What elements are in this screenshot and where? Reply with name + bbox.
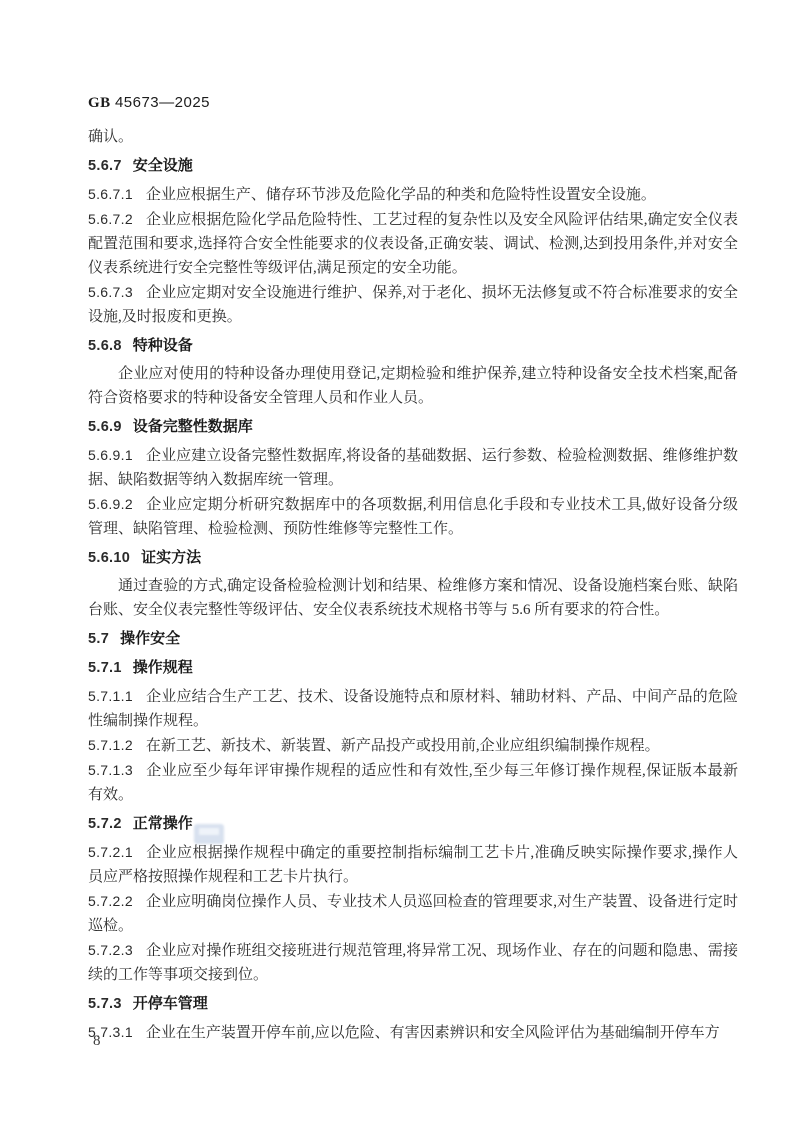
body-paragraph-5-6-10: 通过查验的方式,确定设备检验检测计划和结果、检维修方案和情况、设备设施档案台账、… bbox=[88, 574, 738, 622]
section-heading-5-6-8: 5.6.8特种设备 bbox=[88, 334, 738, 358]
clause-paragraph-5-7-3-1: 5.7.3.1企业在生产装置开停车前,应以危险、有害因素辨识和安全风险评估为基础… bbox=[88, 1020, 738, 1045]
clause-number: 5.7.2.1 bbox=[88, 844, 133, 860]
clause-text: 企业应定期分析研究数据库中的各项数据,利用信息化手段和专业技术工具,做好设备分级… bbox=[88, 497, 738, 537]
clause-text: 在新工艺、新技术、新装置、新产品投产或投用前,企业应组织编制操作规程。 bbox=[146, 738, 660, 754]
clause-text: 企业应根据危险化学品危险特性、工艺过程的复杂性以及安全风险评估结果,确定安全仪表… bbox=[88, 212, 738, 276]
clause-paragraph-5-7-2-3: 5.7.2.3企业应对操作班组交接班进行规范管理,将异常工况、现场作业、存在的问… bbox=[88, 938, 738, 987]
heading-title: 操作规程 bbox=[133, 659, 193, 676]
clause-paragraph-5-7-2-2: 5.7.2.2企业应明确岗位操作人员、专业技术人员巡回检查的管理要求,对生产装置… bbox=[88, 889, 738, 938]
heading-title: 安全设施 bbox=[133, 157, 193, 174]
clause-number: 5.7.1.1 bbox=[88, 688, 133, 704]
section-heading-5-7-2: 5.7.2正常操作 bbox=[88, 812, 738, 836]
clause-number: 5.7.1.3 bbox=[88, 762, 133, 778]
clause-number: 5.6.7.3 bbox=[88, 284, 133, 300]
clause-number: 5.6.7.2 bbox=[88, 211, 133, 227]
clause-text: 企业应对操作班组交接班进行规范管理,将异常工况、现场作业、存在的问题和隐患、需接… bbox=[88, 943, 738, 983]
clause-paragraph-5-6-9-2: 5.6.9.2企业应定期分析研究数据库中的各项数据,利用信息化手段和专业技术工具… bbox=[88, 492, 738, 541]
standard-code-header: GB 45673—2025 bbox=[88, 93, 738, 113]
paragraph-continuation: 确认。 bbox=[88, 125, 738, 149]
section-heading-5-7-1: 5.7.1操作规程 bbox=[88, 656, 738, 680]
heading-title: 证实方法 bbox=[141, 549, 201, 566]
body-paragraph-5-6-8: 企业应对使用的特种设备办理使用登记,定期检验和维护保养,建立特种设备安全技术档案… bbox=[88, 362, 738, 410]
clause-text: 企业应至少每年评审操作规程的适应性和有效性,至少每三年修订操作规程,保证版本最新… bbox=[88, 763, 738, 803]
section-heading-5-6-7: 5.6.7安全设施 bbox=[88, 154, 738, 178]
heading-title: 操作安全 bbox=[120, 630, 180, 647]
clause-text: 企业在生产装置开停车前,应以危险、有害因素辨识和安全风险评估为基础编制开停车方 bbox=[146, 1025, 720, 1041]
clause-text: 企业应根据生产、储存环节涉及危险化学品的种类和危险特性设置安全设施。 bbox=[146, 187, 656, 203]
standard-code-prefix: GB bbox=[88, 95, 111, 111]
section-heading-5-6-10: 5.6.10证实方法 bbox=[88, 546, 738, 570]
clause-number: 5.6.9.2 bbox=[88, 496, 133, 512]
document-page: GB 45673—2025 确认。 5.6.7安全设施 5.6.7.1企业应根据… bbox=[0, 0, 794, 1123]
clause-number: 5.6.9.1 bbox=[88, 447, 133, 463]
heading-number: 5.7.3 bbox=[88, 996, 122, 1012]
clause-number: 5.7.2.2 bbox=[88, 893, 133, 909]
heading-number: 5.7.1 bbox=[88, 660, 122, 676]
heading-title: 设备完整性数据库 bbox=[133, 418, 253, 435]
standard-code-number: 45673—2025 bbox=[115, 94, 210, 111]
section-heading-5-6-9: 5.6.9设备完整性数据库 bbox=[88, 415, 738, 439]
clause-paragraph-5-7-1-3: 5.7.1.3企业应至少每年评审操作规程的适应性和有效性,至少每三年修订操作规程… bbox=[88, 758, 738, 807]
clause-number: 5.6.7.1 bbox=[88, 186, 133, 202]
clause-paragraph-5-6-7-2: 5.6.7.2企业应根据危险化学品危险特性、工艺过程的复杂性以及安全风险评估结果… bbox=[88, 207, 738, 280]
clause-paragraph-5-6-7-3: 5.6.7.3企业应定期对安全设施进行维护、保养,对于老化、损坏无法修复或不符合… bbox=[88, 280, 738, 329]
clause-number: 5.7.2.3 bbox=[88, 942, 133, 958]
clause-paragraph-5-7-2-1: 5.7.2.1企业应根据操作规程中确定的重要控制指标编制工艺卡片,准确反映实际操… bbox=[88, 840, 738, 889]
heading-number: 5.6.7 bbox=[88, 158, 122, 174]
heading-number: 5.7.2 bbox=[88, 816, 122, 832]
heading-title: 特种设备 bbox=[133, 337, 193, 354]
clause-paragraph-5-7-1-2: 5.7.1.2在新工艺、新技术、新装置、新产品投产或投用前,企业应组织编制操作规… bbox=[88, 733, 738, 758]
scan-watermark-smudge bbox=[194, 824, 224, 844]
clause-text: 企业应建立设备完整性数据库,将设备的基础数据、运行参数、检验检测数据、维修维护数… bbox=[88, 448, 738, 488]
heading-number: 5.6.8 bbox=[88, 338, 122, 354]
clause-number: 5.7.1.2 bbox=[88, 737, 133, 753]
heading-title: 正常操作 bbox=[133, 815, 193, 832]
clause-paragraph-5-7-1-1: 5.7.1.1企业应结合生产工艺、技术、设备设施特点和原材料、辅助材料、产品、中… bbox=[88, 684, 738, 733]
document-body: 确认。 5.6.7安全设施 5.6.7.1企业应根据生产、储存环节涉及危险化学品… bbox=[88, 125, 738, 1045]
heading-number: 5.6.10 bbox=[88, 550, 130, 566]
clause-text: 企业应明确岗位操作人员、专业技术人员巡回检查的管理要求,对生产装置、设备进行定时… bbox=[88, 894, 738, 934]
section-heading-5-7: 5.7操作安全 bbox=[88, 627, 738, 651]
heading-number: 5.6.9 bbox=[88, 419, 122, 435]
clause-paragraph-5-6-9-1: 5.6.9.1企业应建立设备完整性数据库,将设备的基础数据、运行参数、检验检测数… bbox=[88, 443, 738, 492]
scan-watermark-smudge-highlight bbox=[199, 828, 219, 835]
section-heading-5-7-3: 5.7.3开停车管理 bbox=[88, 992, 738, 1016]
clause-paragraph-5-6-7-1: 5.6.7.1企业应根据生产、储存环节涉及危险化学品的种类和危险特性设置安全设施… bbox=[88, 182, 738, 207]
clause-text: 企业应定期对安全设施进行维护、保养,对于老化、损坏无法修复或不符合标准要求的安全… bbox=[88, 285, 738, 325]
page-number: 8 bbox=[93, 1031, 101, 1051]
clause-text: 企业应结合生产工艺、技术、设备设施特点和原材料、辅助材料、产品、中间产品的危险性… bbox=[88, 689, 738, 729]
clause-text: 企业应根据操作规程中确定的重要控制指标编制工艺卡片,准确反映实际操作要求,操作人… bbox=[88, 845, 738, 885]
heading-number: 5.7 bbox=[88, 631, 109, 647]
heading-title: 开停车管理 bbox=[133, 995, 208, 1012]
